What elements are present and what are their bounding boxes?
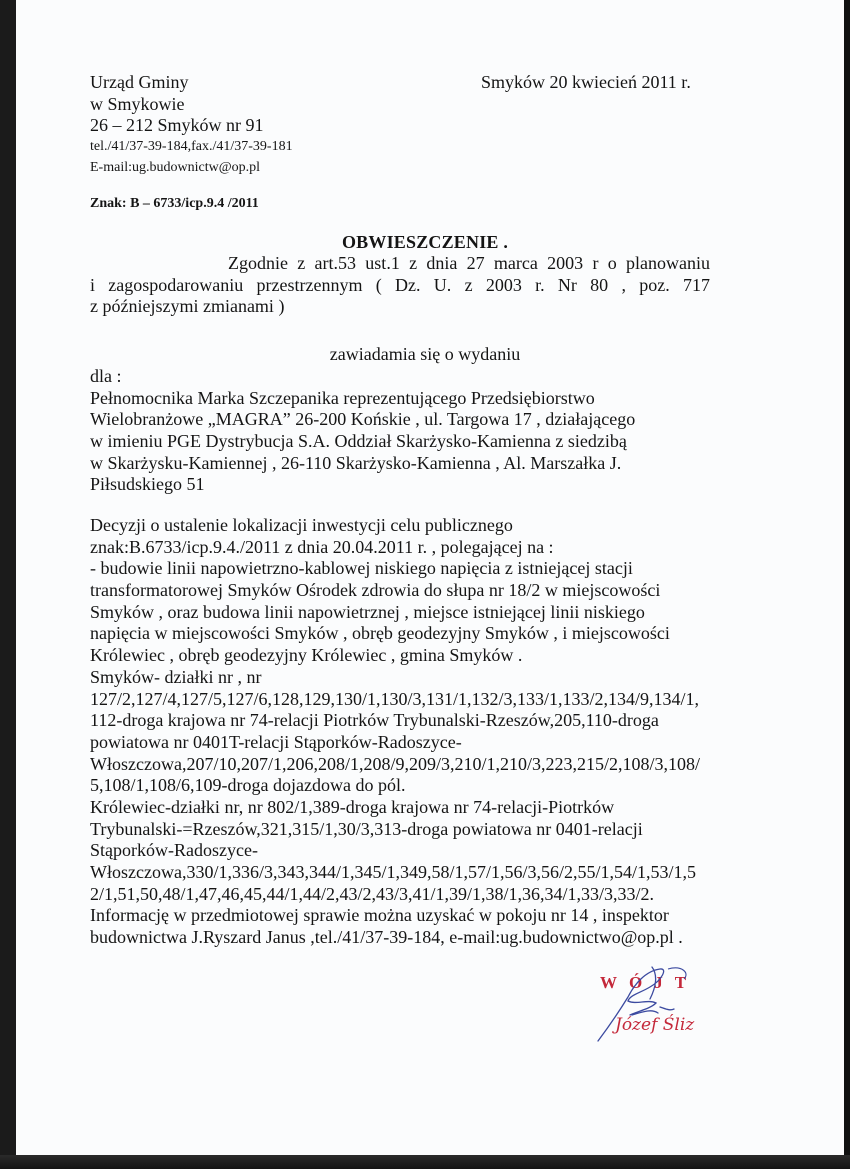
decision-line: Decyzji o ustalenie lokalizacji inwestyc… [90, 515, 700, 537]
handwritten-signature [590, 965, 720, 1045]
parcel-list-line: Włoszczowa,330/1,336/3,343,344/1,345/1,3… [90, 862, 700, 884]
parcel-list-line: 5,108/1,108/6,109-droga dojazdowa do pól… [90, 775, 700, 797]
parcel-list-line: Trybunalski-=Rzeszów,321,315/1,30/3,313-… [90, 819, 700, 841]
scan-border-right [844, 0, 850, 1169]
legal-basis-line: i zagospodarowaniu przestrzennym ( Dz. U… [90, 275, 710, 297]
parcels-smykow-heading: Smyków- działki nr , nr [90, 667, 700, 689]
parcel-list-line: 127/2,127/4,127/5,127/6,128,129,130/1,13… [90, 689, 700, 711]
recipient-block: dla : Pełnomocnika Marka Szczepanika rep… [90, 366, 635, 496]
decision-line: znak:B.6733/icp.9.4./2011 z dnia 20.04.2… [90, 537, 700, 559]
recipient-line: w Skarżysku-Kamiennej , 26-110 Skarżysko… [90, 453, 635, 475]
sender-email: E-mail:ug.budownictw@op.pl [90, 158, 293, 179]
parcel-list-line: 2/1,51,50,48/1,47,46,45,44/1,44/2,43/2,4… [90, 884, 700, 906]
parcels-krolewiec-heading: Królewiec-działki nr, nr 802/1,389-droga… [90, 797, 700, 819]
parcel-list-line: 112-droga krajowa nr 74-relacji Piotrków… [90, 710, 700, 732]
document-title: OBWIESZCZENIE . [0, 232, 850, 253]
parcel-list-line: powiatowa nr 0401T-relacji Stąporków-Rad… [90, 732, 700, 754]
recipient-line: Piłsudskiego 51 [90, 474, 635, 496]
decision-line: - budowie linii napowietrzno-kablowej ni… [90, 558, 700, 580]
decision-line: Smyków , oraz budowa linii napowietrznej… [90, 602, 700, 624]
sender-contact: tel./41/37-39-184,fax./41/37-39-181 [90, 137, 293, 158]
legal-basis-line: Zgodnie z art.53 ust.1 z dnia 27 marca 2… [90, 253, 710, 275]
scan-border-bottom [0, 1155, 850, 1169]
recipient-line: w imieniu PGE Dystrybucja S.A. Oddział S… [90, 431, 635, 453]
legal-basis-line: z późniejszymi zmianami ) [90, 296, 710, 318]
sender-address: Urząd Gminy w Smykowie 26 – 212 Smyków n… [90, 72, 293, 179]
legal-basis: Zgodnie z art.53 ust.1 z dnia 27 marca 2… [90, 253, 710, 318]
sender-line: w Smykowie [90, 94, 293, 116]
sender-line: 26 – 212 Smyków nr 91 [90, 115, 293, 137]
place-date: Smyków 20 kwiecień 2011 r. [481, 72, 691, 94]
official-stamp: WÓJT Józef Śliz [590, 965, 720, 1045]
contact-info-line: budownictwa J.Ryszard Janus ,tel./41/37-… [90, 927, 700, 949]
parcel-list-line: Włoszczowa,207/10,207/1,206,208/1,208/9,… [90, 754, 700, 776]
recipient-line: Pełnomocnika Marka Szczepanika reprezent… [90, 388, 635, 410]
recipient-line: dla : [90, 366, 635, 388]
parcel-list-line: Stąporków-Radoszyce- [90, 840, 700, 862]
notice-line: zawiadamia się o wydaniu [0, 344, 850, 366]
decision-line: napięcia w miejscowości Smyków , obręb g… [90, 623, 700, 645]
decision-block: Decyzji o ustalenie lokalizacji inwestyc… [90, 515, 700, 949]
reference-number: Znak: B – 6733/icp.9.4 /2011 [90, 196, 259, 212]
recipient-line: Wielobranżowe „MAGRA” 26-200 Końskie , u… [90, 409, 635, 431]
decision-line: transformatorowej Smyków Ośrodek zdrowia… [90, 580, 700, 602]
sender-line: Urząd Gminy [90, 72, 293, 94]
contact-info-line: Informację w przedmiotowej sprawie można… [90, 905, 700, 927]
decision-line: Królewiec , obręb geodezyjny Królewiec ,… [90, 645, 700, 667]
